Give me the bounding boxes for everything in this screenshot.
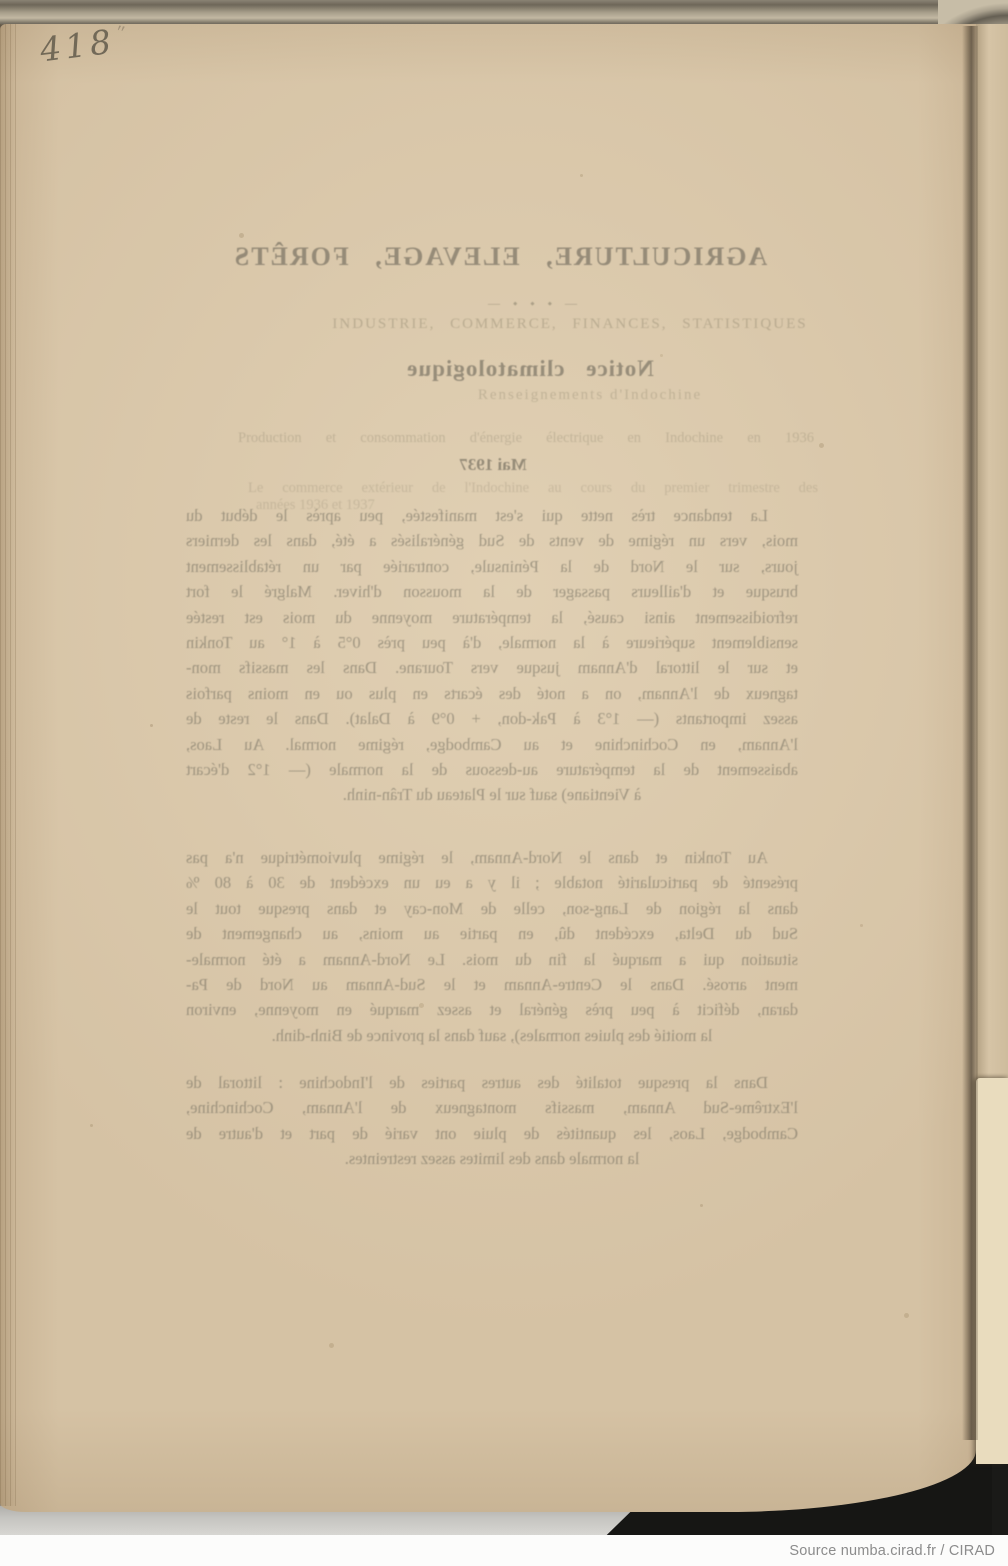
inserted-page-corner: [976, 1078, 1008, 1464]
bleed-text-line: Cambodge, Laos, les quantités de pluie o…: [186, 1121, 798, 1146]
bleed-text-line: l'Annam, en Cochinchine et au Cambodge, …: [186, 732, 798, 757]
bleedthrough-commerce-line: Le commerce extérieur de l'Indochine au …: [248, 480, 818, 497]
bleed-text-line: l'Extrême-Sud Annam, massifs montagneux …: [186, 1095, 798, 1120]
bleed-text-line: présenté de particularité notable ; il y…: [186, 870, 798, 895]
bleedthrough-ornament-divider: — ⬩ ⬩ ⬩ —: [230, 296, 830, 311]
source-watermark-bar: Source numba.cirad.fr / CIRAD: [0, 1535, 1008, 1566]
bleed-text-line: tagneux de l'Annam, on a noté des écarts…: [186, 681, 798, 706]
bleed-text-line: la moitié des pluies normales), sauf dan…: [186, 1023, 798, 1048]
page-left-binding-edge: [0, 24, 16, 1506]
bleedthrough-paragraph-3: Dans la presque totalité des autres part…: [186, 1070, 798, 1172]
bleed-text-line: situation qui a marqué la fin du mois. L…: [186, 947, 798, 972]
bleed-text-line: brusque et d'ailleurs passager de la mou…: [186, 579, 798, 604]
bleedthrough-notice-title: Notice climatologique: [230, 356, 830, 382]
bleed-text-line: la normale dans des limites assez restre…: [186, 1146, 798, 1171]
bleed-text-line: assez importants (— 1°3 à Pak-don, + 0°9…: [186, 706, 798, 731]
bleed-text-line: abaissement de la température au-dessous…: [186, 757, 798, 782]
bleed-text-line: sensiblement supérieure à la normale, d'…: [186, 630, 798, 655]
bleedthrough-date-heading: Mai 1937: [186, 455, 800, 475]
bleed-text-line: Dans la presque totalité des autres part…: [186, 1070, 798, 1095]
source-watermark-text: Source numba.cirad.fr / CIRAD: [789, 1543, 995, 1559]
bleed-text-line: et sur le littoral d'Annam jusque vers T…: [186, 655, 798, 680]
bleedthrough-industrie-line: INDUSTRIE, COMMERCE, FINANCES, STATISTIQ…: [270, 316, 870, 333]
bleed-text-line: Au Tonkin et dans le Nord-Annam, le régi…: [186, 845, 798, 870]
bleed-text-line: La tendance très nette qui s'est manifes…: [186, 503, 798, 528]
bleed-text-line: daran, déficit à peu près général et ass…: [186, 997, 798, 1022]
bleed-text-line: jours, sur le Nord de la Péninsule, cont…: [186, 554, 798, 579]
bleed-text-line: dans la région de Lang-son, celle de Mon…: [186, 896, 798, 921]
bleedthrough-paragraph-2: Au Tonkin et dans le Nord-Annam, le régi…: [186, 845, 798, 1048]
gutter-crease: [962, 26, 978, 1440]
bleedthrough-production-line: Production et consommation d'énergie éle…: [238, 430, 814, 447]
bleedthrough-section-title: AGRICULTURE, ELEVAGE, FORÊTS: [200, 242, 800, 272]
bleedthrough-renseignements-line: Renseignements d'Indochine: [290, 387, 890, 404]
bleed-text-line: à Vientiane) sauf sur le Plateau du Trân…: [186, 782, 798, 807]
bleedthrough-paragraph-1: La tendance très nette qui s'est manifes…: [186, 503, 798, 808]
bleed-text-line: refroidissement ainsi causé, la températ…: [186, 605, 798, 630]
bleed-text-line: Sud du Delta, excédent dû, en partie au …: [186, 921, 798, 946]
scanned-book-page: 418 ″ AGRICULTURE, ELEVAGE, FORÊTS — ⬩ ⬩…: [0, 0, 1008, 1566]
bleed-text-line: mois, vers un régime de vents de Sud gén…: [186, 528, 798, 553]
bleed-text-line: ment arrosé. Dans le Centre-Annam et le …: [186, 972, 798, 997]
